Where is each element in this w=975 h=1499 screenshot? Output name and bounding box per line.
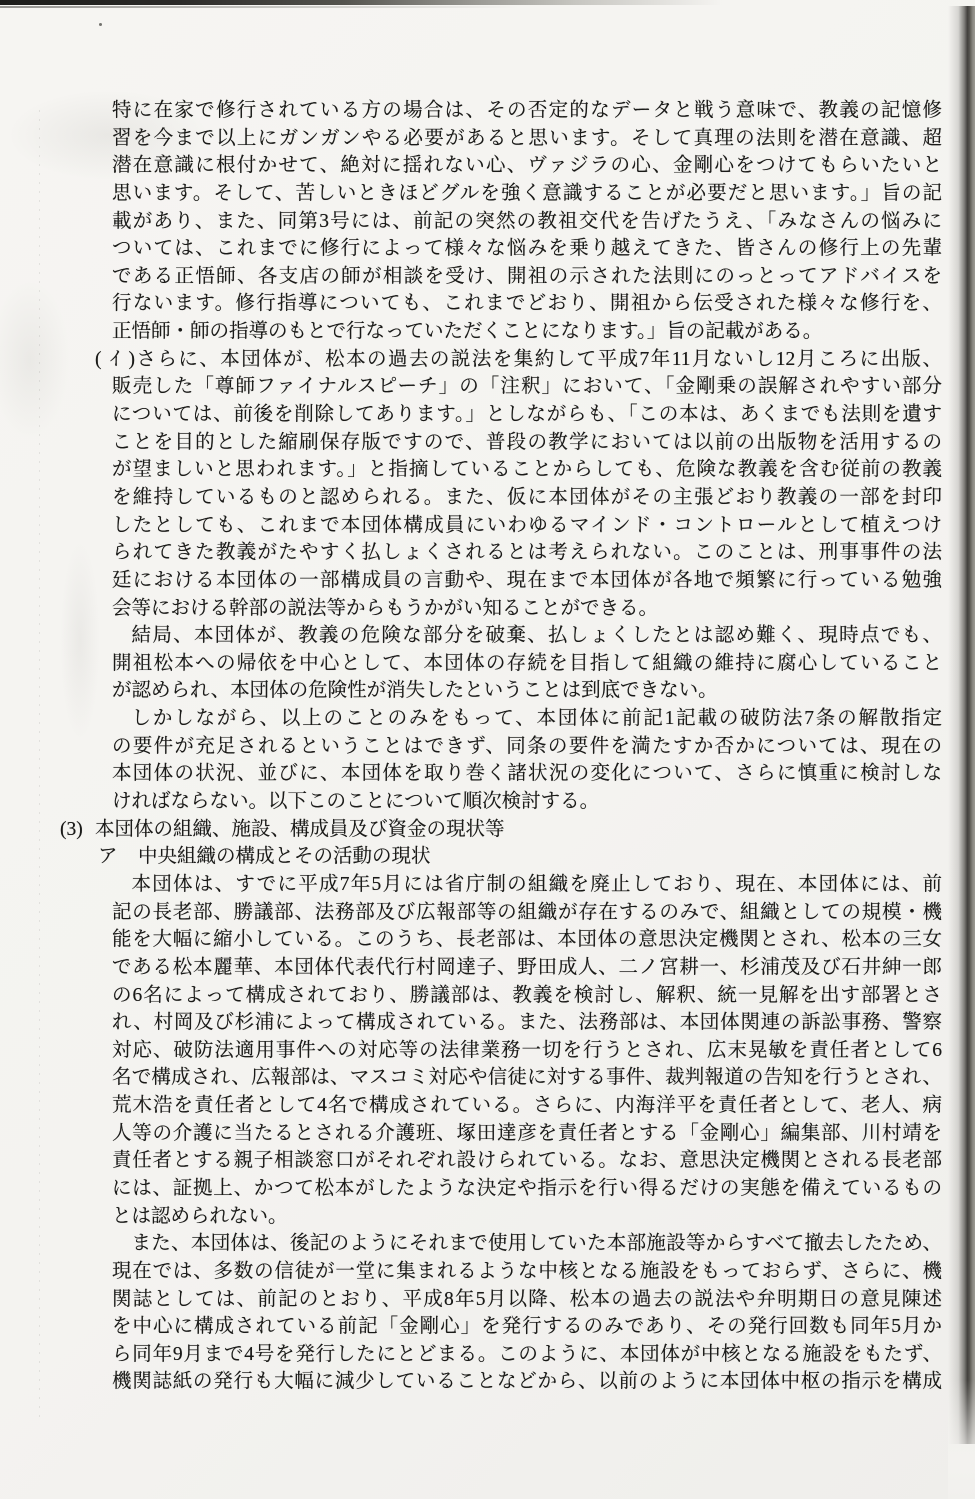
line-text: を維持しているものと認められる。また、仮に本団体がその主張どおり教義の一部を封印	[112, 487, 942, 508]
line-text: 載があり、また、同第3号には、前記の突然の教祖交代を告げたうえ、「みなさんの悩み…	[112, 211, 942, 232]
line-text: 習を今まで以上にガンガンやる必要があると思います。そして真理の法則を潜在意識、超	[112, 128, 942, 149]
text-line: 人等の介護に当たるとされる介護班、塚田達彦を責任者とする「金剛心」編集部、川村靖…	[112, 1120, 942, 1148]
line-text: 結局、本団体が、教義の危険な部分を破棄、払しょくしたとは認め難く、現時点でも、	[132, 625, 943, 646]
line-text: 記の長老部、勝議部、法務部及び広報部等の組織が存在するのみで、組織としての規模・…	[112, 902, 942, 923]
text-line: が認められ、本団体の危険性が消失したということは到底できない。	[112, 677, 942, 705]
line-text: の要件が充足されるということはできず、同条の要件を満たすか否かについては、現在の	[112, 736, 942, 757]
text-line: 結局、本団体が、教義の危険な部分を破棄、払しょくしたとは認め難く、現時点でも、	[112, 622, 942, 650]
line-text: 機関誌紙の発行も大幅に減少していることなどから、以前のように本団体中枢の指示を構…	[112, 1371, 942, 1392]
line-text: 荒木浩を責任者として4名で構成されている。さらに、内海洋平を責任者として、老人、…	[112, 1095, 942, 1116]
line-text: 販売した「尊師ファイナルスピーチ」の「注釈」において、「金剛乗の誤解されやすい部…	[112, 376, 942, 397]
line-text: については、前後を削除してあります。」としながらも、「この本は、あくまでも法則を…	[112, 404, 942, 425]
line-text: れ、村岡及び杉浦によって構成されている。また、法務部は、本団体関連の訴訟事務、警…	[112, 1012, 942, 1033]
scan-smudge	[0, 280, 70, 440]
text-line: 能を大幅に縮小している。このうち、長老部は、本団体の意思決定機関とされ、松本の三…	[112, 926, 942, 954]
line-text: さらに、本団体が、松本の過去の説法を集約して平成7年11月ないし12月ころに出版…	[135, 349, 942, 370]
line-text: である松本麗華、本団体代表代行村岡達子、野田成人、二ノ宮耕一、杉浦茂及び石井紳一…	[112, 957, 942, 978]
line-text: の6名によって構成されており、勝議部は、教義を検討し、解釈、統一見解を出す部署と…	[112, 985, 942, 1006]
text-line: については、前後を削除してあります。」としながらも、「この本は、あくまでも法則を…	[112, 401, 942, 429]
line-text: 特に在家で修行されている方の場合は、その否定的なデータと戦う意味で、教義の記憶修	[112, 100, 942, 121]
text-line: 名で構成され、広報部は、マスコミ対応や信徒に対する事件、裁判報道の告知を行うとさ…	[112, 1064, 942, 1092]
text-line: ことを目的とした縮刷保存版ですので、普段の教学においては以前の出版物を活用するの	[112, 429, 942, 457]
line-text: である正悟師、各支店の師が相談を受け、開祖の示された法則にのっとってアドバイスを	[112, 266, 942, 287]
text-line: 現在では、多数の信徒が一堂に集まれるような中核となる施設をもっておらず、さらに、…	[112, 1258, 942, 1286]
scan-edge-artifact-top	[0, 0, 820, 5]
text-line: しかしながら、以上のことのみをもって、本団体に前記1記載の破防法7条の解散指定	[112, 705, 942, 733]
text-line: 関誌としては、前記のとおり、平成8年5月以降、松本の過去の説法や弁明期日の意見陳…	[112, 1286, 942, 1314]
scan-smudge	[60, 540, 100, 740]
text-line: 正悟師・師の指導のもとで行なっていただくことになります。」旨の記載がある。	[112, 318, 942, 346]
list-marker: ア	[98, 843, 138, 871]
line-text: 開祖松本への帰依を中心として、本団体の存続を目指して組織の維持に腐心していること	[112, 653, 942, 674]
text-line: 対応、破防法適用事件への対応等の法律業務一切を行うとされ、広末晃敏を責任者として…	[112, 1037, 942, 1065]
text-line: また、本団体は、後記のようにそれまで使用していた本部施設等からすべて撤去したため…	[112, 1230, 942, 1258]
line-text: 対応、破防法適用事件への対応等の法律業務一切を行うとされ、広末晃敏を責任者として…	[112, 1040, 942, 1061]
line-text: られてきた教義がたやすく払しょくされるとは考えられない。このことは、刑事事件の法	[112, 542, 942, 563]
line-text: が望ましいと思われます。」と指摘していることからしても、危険な教義を含む従前の教…	[112, 459, 942, 480]
scan-edge-artifact-top-secondary	[0, 6, 520, 8]
text-line: 思います。そして、苦しいときほどグルを強く意識することが必要だと思います。」旨の…	[112, 180, 942, 208]
text-line: (ｲ)さらに、本団体が、松本の過去の説法を集約して平成7年11月ないし12月ころ…	[95, 346, 942, 374]
text-line: れ、村岡及び杉浦によって構成されている。また、法務部は、本団体関連の訴訟事務、警…	[112, 1009, 942, 1037]
line-text: とは認められない。	[112, 1206, 288, 1227]
book-binding-shadow	[948, 6, 975, 1444]
text-line: 荒木浩を責任者として4名で構成されている。さらに、内海洋平を責任者として、老人、…	[112, 1092, 942, 1120]
text-line: ア中央組織の構成とその活動の現状	[98, 843, 942, 871]
line-text: ことを目的とした縮刷保存版ですので、普段の教学においては以前の出版物を活用するの	[112, 432, 942, 453]
line-text: ついては、これまでに修行によって様々な悩みを乗り越えてきた、皆さんの修行上の先輩	[112, 238, 942, 259]
text-line: を中心に構成されている前記「金剛心」を発行するのみであり、その発行回数も同年5月…	[112, 1313, 942, 1341]
line-text: また、本団体は、後記のようにそれまで使用していた本部施設等からすべて撤去したため…	[132, 1233, 943, 1254]
text-line: 開祖松本への帰依を中心として、本団体の存続を目指して組織の維持に腐心していること	[112, 650, 942, 678]
line-text: 行ないます。修行指導についても、これまでどおり、開祖から伝受された様々な修行を、	[112, 293, 942, 314]
text-line: 行ないます。修行指導についても、これまでどおり、開祖から伝受された様々な修行を、	[112, 290, 942, 318]
text-line: には、証拠上、かつて松本がしたような決定や指示を行い得るだけの実態を備えているも…	[112, 1175, 942, 1203]
line-text: 本団体の組織、施設、構成員及び資金の現状等	[95, 819, 505, 840]
text-line: (3)本団体の組織、施設、構成員及び資金の現状等	[60, 816, 942, 844]
text-line: 機関誌紙の発行も大幅に減少していることなどから、以前のように本団体中枢の指示を構…	[112, 1368, 942, 1396]
text-line: 特に在家で修行されている方の場合は、その否定的なデータと戦う意味で、教義の記憶修	[112, 97, 942, 125]
line-text: 潜在意識に根付かせて、絶対に揺れない心、ヴァジラの心、金剛心をつけてもらいたいと	[112, 155, 942, 176]
line-text: 責任者とする親子相談窓口がそれぞれ設けられている。なお、意思決定機関とされる長老…	[112, 1150, 942, 1171]
line-text: 会等における幹部の説法等からもうかがい知ることができる。	[112, 598, 658, 619]
text-line: 習を今まで以上にガンガンやる必要があると思います。そして真理の法則を潜在意識、超	[112, 125, 942, 153]
text-line: である松本麗華、本団体代表代行村岡達子、野田成人、二ノ宮耕一、杉浦茂及び石井紳一…	[112, 954, 942, 982]
scanned-page: 特に在家で修行されている方の場合は、その否定的なデータと戦う意味で、教義の記憶修…	[0, 0, 975, 1499]
line-text: 人等の介護に当たるとされる介護班、塚田達彦を責任者とする「金剛心」編集部、川村靖…	[112, 1123, 942, 1144]
line-text: には、証拠上、かつて松本がしたような決定や指示を行い得るだけの実態を備えているも…	[112, 1178, 942, 1199]
line-text: 思います。そして、苦しいときほどグルを強く意識することが必要だと思います。」旨の…	[112, 183, 942, 204]
text-line: である正悟師、各支店の師が相談を受け、開祖の示された法則にのっとってアドバイスを	[112, 263, 942, 291]
line-text: ければならない。以下このことについて順次検討する。	[112, 791, 599, 812]
text-line: を維持しているものと認められる。また、仮に本団体がその主張どおり教義の一部を封印	[112, 484, 942, 512]
line-text: ら同年9月まで4号を発行したにとどまる。このように、本団体が中核となる施設をもた…	[112, 1344, 942, 1365]
document-text: 特に在家で修行されている方の場合は、その否定的なデータと戦う意味で、教義の記憶修…	[112, 97, 942, 1396]
text-line: 潜在意識に根付かせて、絶対に揺れない心、ヴァジラの心、金剛心をつけてもらいたいと	[112, 152, 942, 180]
text-line: ければならない。以下このことについて順次検討する。	[112, 788, 942, 816]
text-line: の6名によって構成されており、勝議部は、教義を検討し、解釈、統一見解を出す部署と…	[112, 982, 942, 1010]
list-marker: (ｲ)	[95, 346, 135, 374]
text-line: 載があり、また、同第3号には、前記の突然の教祖交代を告げたうえ、「みなさんの悩み…	[112, 208, 942, 236]
text-line: 本団体は、すでに平成7年5月には省庁制の組織を廃止しており、現在、本団体には、前	[112, 871, 942, 899]
text-line: したとしても、これまで本団体構成員にいわゆるマインド・コントロールとして植えつけ	[112, 512, 942, 540]
text-line: られてきた教義がたやすく払しょくされるとは考えられない。このことは、刑事事件の法	[112, 539, 942, 567]
line-text: 廷における本団体の一部構成員の言動や、現在まで本団体が各地で頻繁に行っている勉強	[112, 570, 942, 591]
text-line: 責任者とする親子相談窓口がそれぞれ設けられている。なお、意思決定機関とされる長老…	[112, 1147, 942, 1175]
line-text: したとしても、これまで本団体構成員にいわゆるマインド・コントロールとして植えつけ	[112, 515, 942, 536]
text-line: の要件が充足されるということはできず、同条の要件を満たすか否かについては、現在の	[112, 733, 942, 761]
line-text: 能を大幅に縮小している。このうち、長老部は、本団体の意思決定機関とされ、松本の三…	[112, 929, 942, 950]
text-line: 廷における本団体の一部構成員の言動や、現在まで本団体が各地で頻繁に行っている勉強	[112, 567, 942, 595]
text-line: が望ましいと思われます。」と指摘していることからしても、危険な教義を含む従前の教…	[112, 456, 942, 484]
line-text: が認められ、本団体の危険性が消失したということは到底できない。	[112, 680, 718, 701]
text-line: 販売した「尊師ファイナルスピーチ」の「注釈」において、「金剛乗の誤解されやすい部…	[112, 373, 942, 401]
line-text: 本団体の状況、並びに、本団体を取り巻く諸状況の変化について、さらに慎重に検討しな	[112, 763, 942, 784]
text-line: とは認められない。	[112, 1203, 942, 1231]
scan-dot-artifact	[99, 23, 102, 26]
text-line: ら同年9月まで4号を発行したにとどまる。このように、本団体が中核となる施設をもた…	[112, 1341, 942, 1369]
line-text: を中心に構成されている前記「金剛心」を発行するのみであり、その発行回数も同年5月…	[112, 1316, 942, 1337]
line-text: 名で構成され、広報部は、マスコミ対応や信徒に対する事件、裁判報道の告知を行うとさ…	[112, 1067, 942, 1088]
line-text: 現在では、多数の信徒が一堂に集まれるような中核となる施設をもっておらず、さらに、…	[112, 1261, 942, 1282]
line-text: 関誌としては、前記のとおり、平成8年5月以降、松本の過去の説法や弁明期日の意見陳…	[112, 1289, 942, 1310]
line-text: 正悟師・師の指導のもとで行なっていただくことになります。」旨の記載がある。	[112, 321, 822, 342]
line-text: 中央組織の構成とその活動の現状	[138, 846, 431, 867]
text-line: ついては、これまでに修行によって様々な悩みを乗り越えてきた、皆さんの修行上の先輩	[112, 235, 942, 263]
line-text: 本団体は、すでに平成7年5月には省庁制の組織を廃止しており、現在、本団体には、前	[132, 874, 943, 895]
list-marker: (3)	[60, 816, 95, 844]
text-line: 本団体の状況、並びに、本団体を取り巻く諸状況の変化について、さらに慎重に検討しな	[112, 760, 942, 788]
text-line: 会等における幹部の説法等からもうかがい知ることができる。	[112, 595, 942, 623]
text-line: 記の長老部、勝議部、法務部及び広報部等の組織が存在するのみで、組織としての規模・…	[112, 899, 942, 927]
book-binding-shadow-fade	[948, 1380, 975, 1499]
line-text: しかしながら、以上のことのみをもって、本団体に前記1記載の破防法7条の解散指定	[132, 708, 943, 729]
